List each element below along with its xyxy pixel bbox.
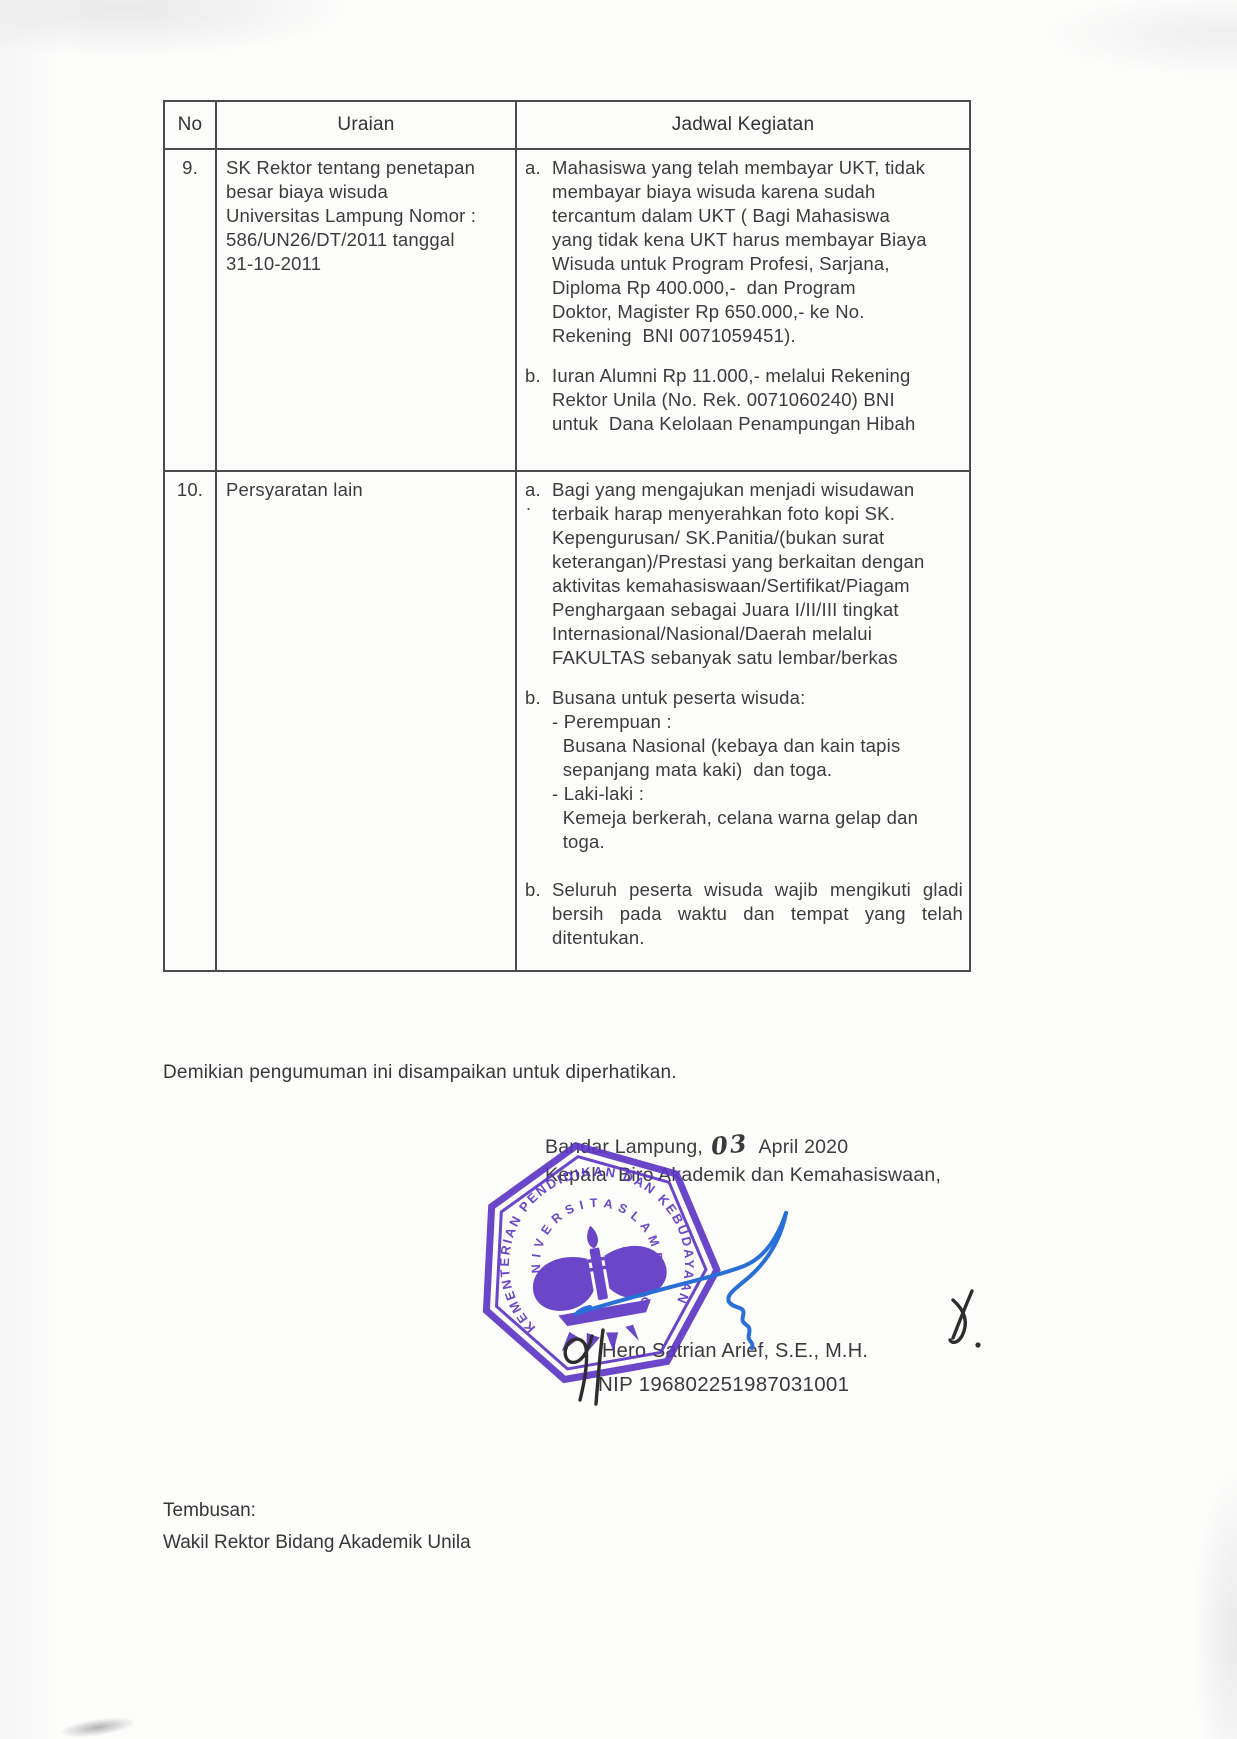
item-label: b. [525,686,552,710]
item-text: Seluruh peserta wisuda wajib mengikuti g… [552,878,963,950]
uraian-text: Persyaratan lain [226,478,505,502]
jadwal-cell: a. Mahasiswa yang telah membayar UKT, ti… [516,149,970,471]
list-item: b. Seluruh peserta wisuda wajib mengikut… [525,878,963,950]
tembusan-heading: Tembusan: [163,1500,256,1522]
row-number: 10. [164,471,216,971]
list-item: a. Mahasiswa yang telah membayar UKT, ti… [525,156,963,348]
item-text: Iuran Alumni Rp 11.000,- melalui Rekenin… [552,364,963,436]
handwritten-paraph [540,1270,1010,1430]
uraian-text: SK Rektor tentang penetapan besar biaya … [226,156,505,276]
header-no: No [164,101,216,149]
list-item: b. Busana untuk peserta wisuda: - Peremp… [525,686,963,854]
schedule-table: No Uraian Jadwal Kegiatan 9. SK Rektor t… [163,100,971,972]
row-number: 9. [164,149,216,471]
item-label: b. [525,364,552,388]
item-label: b. [525,878,552,902]
table-header-row: No Uraian Jadwal Kegiatan [164,101,970,149]
scan-smudge-artifact [50,1687,164,1739]
item-text: Bagi yang mengajukan menjadi wisudawan t… [552,478,963,670]
table-row: 10. Persyaratan lain a. Bagi yang mengaj… [164,471,970,971]
uraian-cell: SK Rektor tentang penetapan besar biaya … [216,149,516,471]
closing-sentence: Demikian pengumuman ini disampaikan untu… [163,1062,677,1084]
header-jadwal-kegiatan: Jadwal Kegiatan [516,101,970,149]
list-item: b. Iuran Alumni Rp 11.000,- melalui Reke… [525,364,963,436]
item-text: Busana untuk peserta wisuda: - Perempuan… [552,686,963,854]
tembusan-recipient: Wakil Rektor Bidang Akademik Unila [163,1532,471,1554]
list-item: a. Bagi yang mengajukan menjadi wisudawa… [525,478,963,670]
item-label: a. [525,156,552,180]
item-text: Mahasiswa yang telah membayar UKT, tidak… [552,156,963,348]
scan-dot-artifact: . [526,494,531,515]
jadwal-cell: a. Bagi yang mengajukan menjadi wisudawa… [516,471,970,971]
month-year-label: April 2020 [758,1136,848,1158]
scanned-document-page: No Uraian Jadwal Kegiatan 9. SK Rektor t… [0,0,1237,1739]
header-uraian: Uraian [216,101,516,149]
table-row: 9. SK Rektor tentang penetapan besar bia… [164,149,970,471]
uraian-cell: Persyaratan lain [216,471,516,971]
